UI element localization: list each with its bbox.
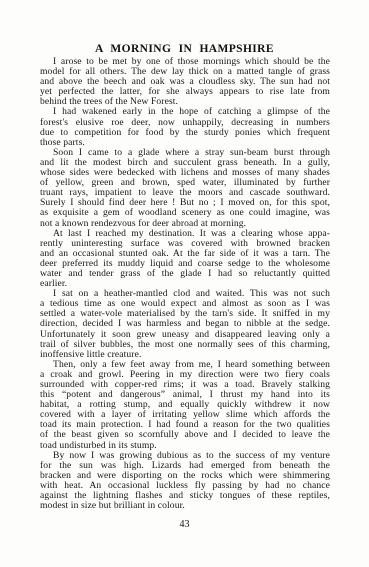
paragraph: Soon I came to a glade where a stray sun… — [40, 148, 330, 229]
page-title: A MORNING IN HAMPSHIRE — [0, 43, 369, 55]
paragraph: I sat on a heather-mantled clod and wait… — [40, 289, 330, 360]
paragraph: I had wakened early in the hope of catch… — [40, 107, 330, 147]
book-page: A MORNING IN HAMPSHIRE I arose to be met… — [0, 0, 369, 567]
text-line: water and tender grass of the glade I ha… — [40, 269, 330, 279]
text-line: modest in size but brilliant in colour. — [40, 501, 330, 511]
paragraph: Then, only a few feet away from me, I he… — [40, 360, 330, 451]
paragraph: At last I reached my destination. It was… — [40, 229, 330, 290]
page-body: I arose to be met by one of those mornin… — [40, 57, 330, 511]
paragraph: I arose to be met by one of those mornin… — [40, 57, 330, 107]
text-line: as exquisite a gem of woodland scenery a… — [40, 208, 330, 218]
paragraph: By now I was growing dubious as to the s… — [40, 451, 330, 512]
page-number: 43 — [0, 519, 369, 530]
